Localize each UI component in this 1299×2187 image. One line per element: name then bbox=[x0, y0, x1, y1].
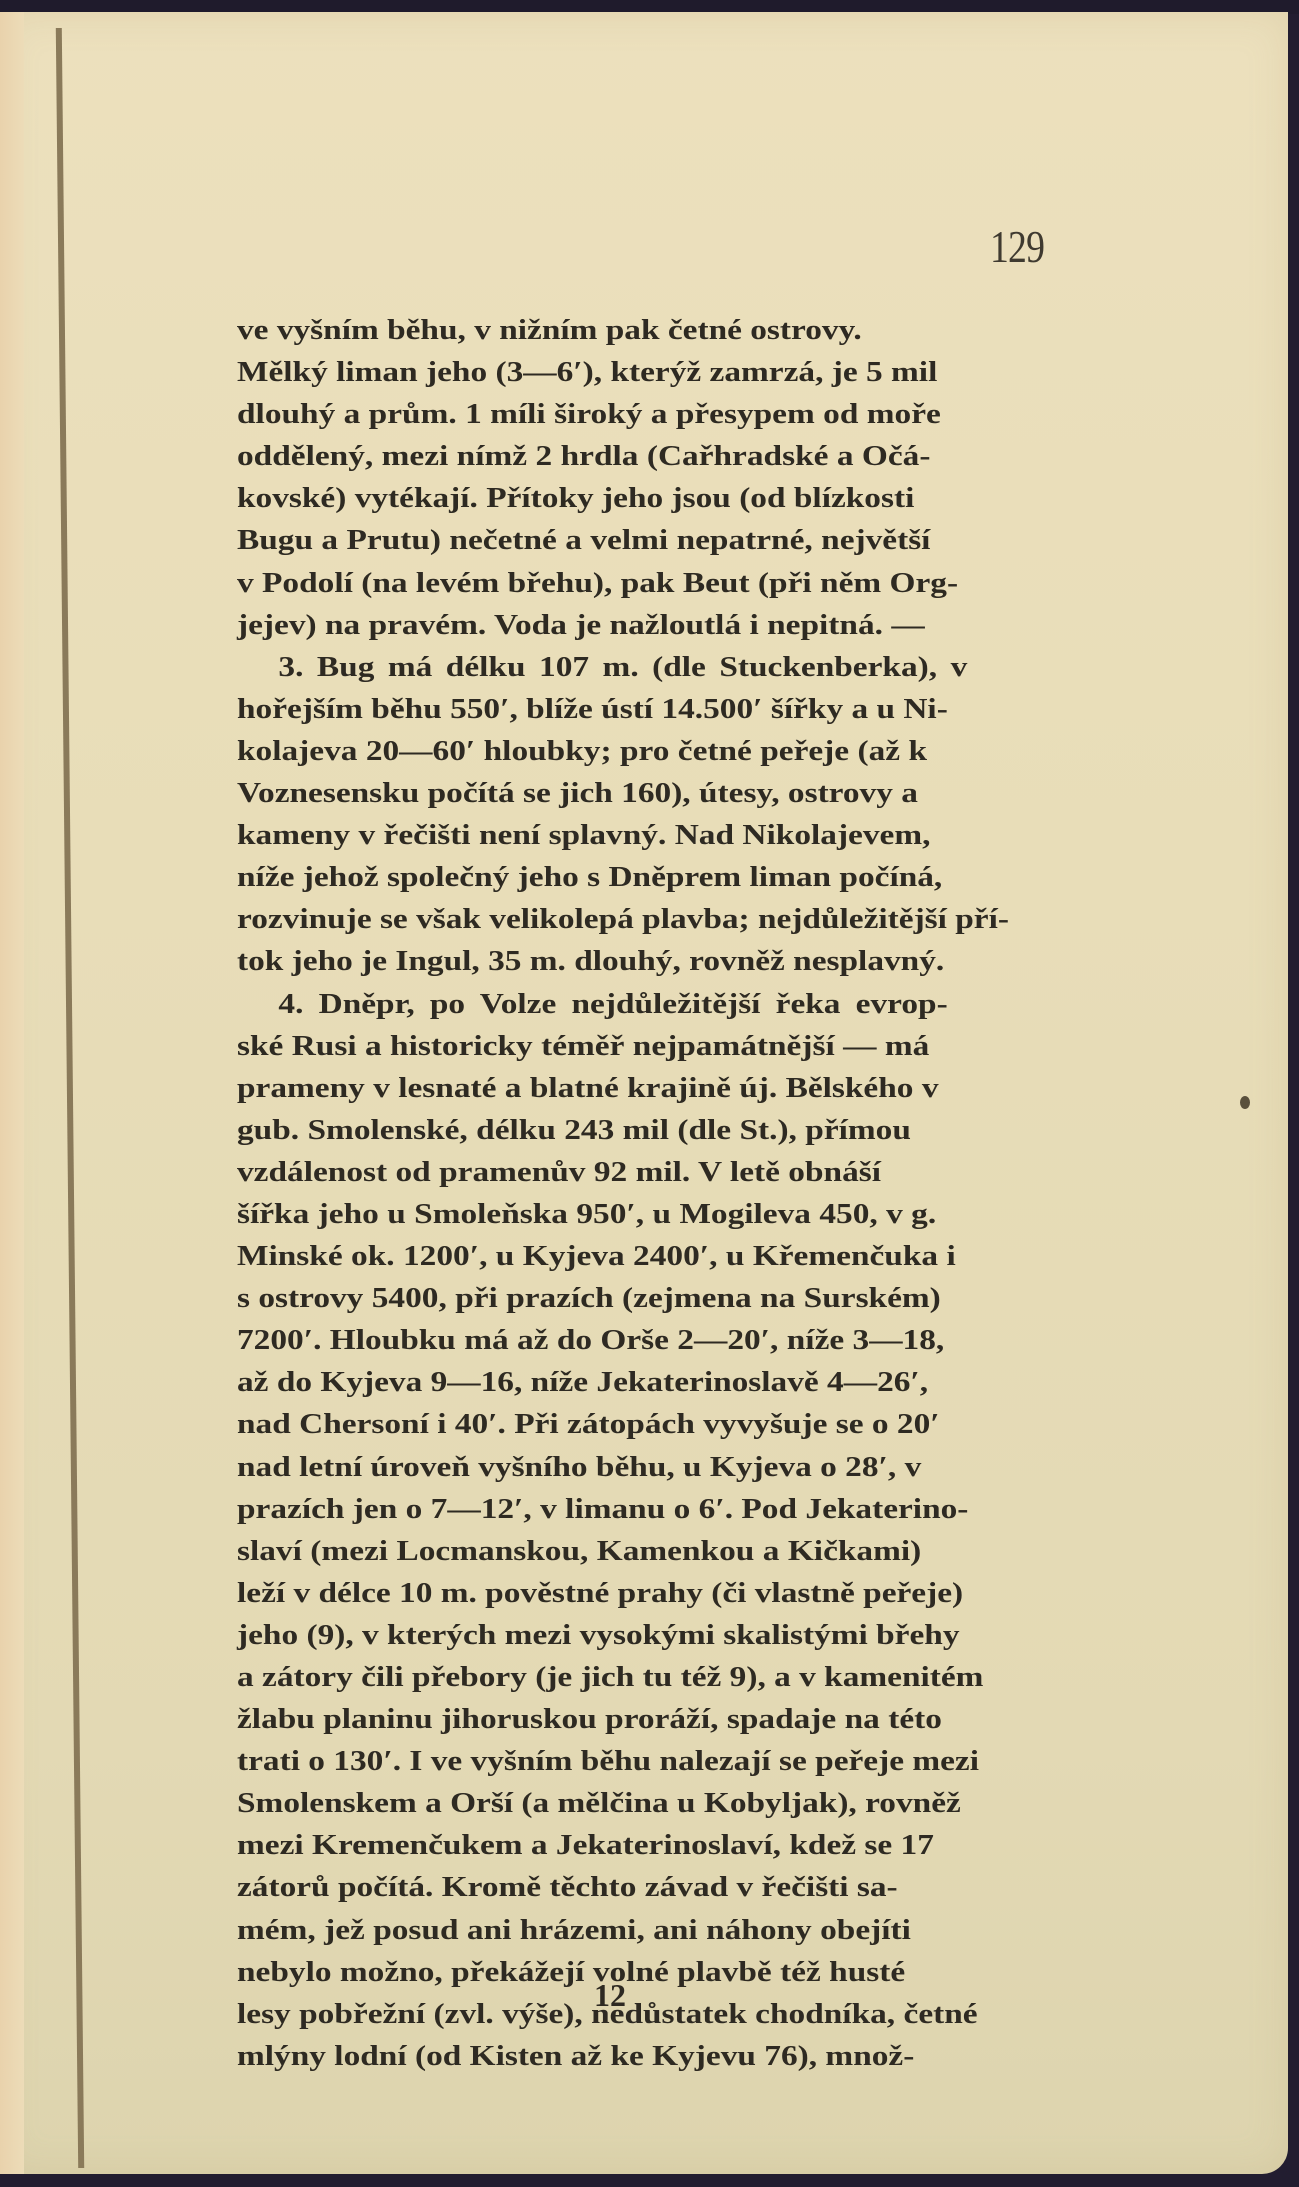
text-line: Bugu a Prutu) nečetné a velmi nepatrné, … bbox=[237, 525, 930, 555]
text-line: nebylo možno, překážejí volné plavbě též… bbox=[237, 1957, 905, 1987]
margin-ink-dot bbox=[1240, 1096, 1250, 1109]
text-line: kameny v řečišti není splavný. Nad Nikol… bbox=[237, 820, 930, 850]
text-line: až do Kyjeva 9—16, níže Jekaterinoslavě … bbox=[237, 1367, 928, 1397]
text-line: kovské) vytékají. Přítoky jeho jsou (od … bbox=[237, 483, 914, 513]
text-line: s ostrovy 5400, při prazích (zejmena na … bbox=[237, 1283, 941, 1313]
text-line: žlabu planinu jihoruskou proráží, spadaj… bbox=[237, 1704, 942, 1734]
text-line: nad letní úroveň vyšního běhu, u Kyjeva … bbox=[237, 1452, 921, 1482]
text-line: prazích jen o 7—12′, v limanu o 6′. Pod … bbox=[237, 1494, 968, 1524]
text-line: a zátory čili přebory (je jich tu též 9)… bbox=[237, 1662, 983, 1692]
text-line: mém, jež posud ani hrázemi, ani náhony o… bbox=[237, 1915, 911, 1945]
text-line: 4. Dněpr, po Volze nejdůležitější řeka e… bbox=[237, 989, 948, 1019]
text-line: gub. Smolenské, délku 243 mil (dle St.),… bbox=[237, 1115, 911, 1145]
text-line: ve vyšním běhu, v nižním pak četné ostro… bbox=[237, 315, 861, 345]
text-line: Smolenskem a Orší (a mělčina u Kobyljak)… bbox=[237, 1788, 960, 1818]
text-line: jejev) na pravém. Voda je nažloutlá i ne… bbox=[237, 610, 925, 640]
page-left-edge bbox=[0, 12, 24, 2174]
book-page: 129 ve vyšním běhu, v nižním pak četné o… bbox=[0, 12, 1288, 2174]
text-line: zátorů počítá. Kromě těchto závad v řeči… bbox=[237, 1872, 897, 1902]
text-line: Mělký liman jeho (3—6′), kterýž zamrzá, … bbox=[237, 357, 937, 387]
text-line: 7200′. Hloubku má až do Orše 2—20′, níže… bbox=[237, 1325, 944, 1355]
text-line: rozvinuje se však velikolepá plavba; nej… bbox=[237, 904, 1009, 934]
text-line: mezi Kremenčukem a Jekaterinoslaví, kdež… bbox=[237, 1830, 934, 1860]
text-line: 3. Bug má délku 107 m. (dle Stuckenberka… bbox=[237, 652, 967, 682]
text-line: oddělený, mezi nímž 2 hrdla (Cařhradské … bbox=[237, 441, 930, 471]
text-line: hořejším běhu 550′, blíže ústí 14.500′ š… bbox=[237, 694, 948, 724]
text-line: jeho (9), v kterých mezi vysokými skalis… bbox=[237, 1620, 959, 1650]
text-line: nad Chersoní i 40′. Při zátopách vyvyšuj… bbox=[237, 1409, 940, 1439]
text-line: vzdálenost od pramenův 92 mil. V letě ob… bbox=[237, 1157, 881, 1187]
text-line: kolajeva 20—60′ hloubky; pro četné peřej… bbox=[237, 736, 927, 766]
text-line: Voznesensku počítá se jich 160), útesy, … bbox=[237, 778, 918, 808]
text-line: leží v délce 10 m. pověstné prahy (či vl… bbox=[237, 1578, 963, 1608]
text-line: v Podolí (na levém břehu), pak Beut (při… bbox=[237, 568, 958, 598]
text-line: slaví (mezi Locmanskou, Kamenkou a Kička… bbox=[237, 1536, 921, 1566]
text-line: Minské ok. 1200′, u Kyjeva 2400′, u Křem… bbox=[237, 1241, 956, 1271]
page-number: 129 bbox=[990, 220, 1044, 273]
text-line: ské Rusi a historicky téměř nejpamátnějš… bbox=[237, 1031, 929, 1061]
binding-line bbox=[56, 28, 84, 2168]
text-line: prameny v lesnaté a blatné krajině új. B… bbox=[237, 1073, 939, 1103]
body-text: ve vyšním běhu, v nižním pak četné ostro… bbox=[237, 315, 1083, 2083]
signature-mark: 12 bbox=[594, 1977, 626, 2014]
text-line: šířka jeho u Smoleňska 950′, u Mogileva … bbox=[237, 1199, 936, 1229]
text-line: níže jehož společný jeho s Dněprem liman… bbox=[237, 862, 942, 892]
text-line: tok jeho je Ingul, 35 m. dlouhý, rovněž … bbox=[237, 946, 944, 976]
text-line: dlouhý a prům. 1 míli široký a přesypem … bbox=[237, 399, 941, 429]
text-line: trati o 130′. I ve vyšním běhu nalezají … bbox=[237, 1746, 979, 1776]
text-line: mlýny lodní (od Kisten až ke Kyjevu 76),… bbox=[237, 2041, 914, 2071]
